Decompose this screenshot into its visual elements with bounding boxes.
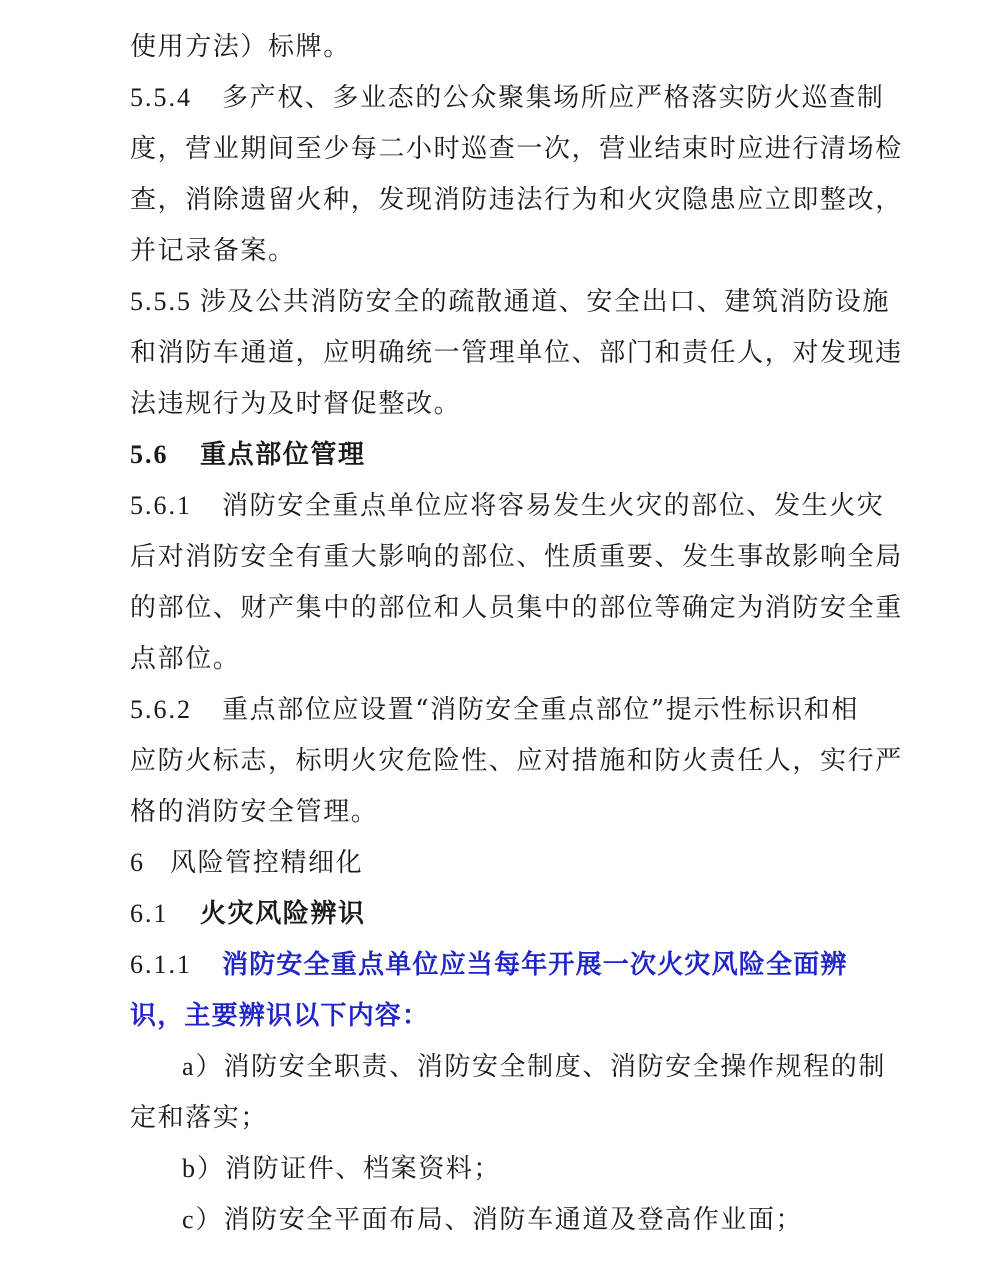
clause-number: 5.6.1: [130, 489, 222, 523]
highlighted-text: 识，主要辨识以下内容：: [130, 1001, 429, 1031]
line-text: 定和落实；: [130, 1103, 268, 1133]
list-text: 消防安全职责、消防安全制度、消防安全操作规程的制: [224, 1052, 886, 1082]
paragraph-line: 点部位。: [130, 642, 875, 676]
line-text: 重点部位应设置“消防安全重点部位”提示性标识和相: [222, 695, 859, 725]
clause-number: 5.5.4: [130, 81, 222, 115]
section-number: 6.1: [130, 897, 200, 931]
section-number: 5.6: [130, 438, 200, 472]
line-text: 点部位。: [130, 644, 240, 674]
section-heading-6-1: 6.1火灾风险辨识: [130, 897, 875, 931]
line-text: 多产权、多业态的公众聚集场所应严格落实防火巡查制: [222, 83, 884, 113]
clause-5-6-2: 5.6.2重点部位应设置“消防安全重点部位”提示性标识和相: [130, 693, 875, 727]
clause-5-6-1: 5.6.1消防安全重点单位应将容易发生火灾的部位、发生火灾: [130, 489, 875, 523]
line-text: 消防安全重点单位应将容易发生火灾的部位、发生火灾: [222, 491, 884, 521]
paragraph-line: 和消防车通道，应明确统一管理单位、部门和责任人，对发现违: [130, 336, 875, 370]
line-text: 并记录备案。: [130, 236, 296, 266]
list-marker: b）: [182, 1152, 225, 1186]
highlighted-text: 消防安全重点单位应当每年开展一次火灾风险全面辨: [222, 950, 848, 980]
paragraph-line: 使用方法）标牌。: [130, 30, 875, 64]
paragraph-line: 度，营业期间至少每二小时巡查一次，营业结束时应进行清场检: [130, 132, 875, 166]
clause-5-5-5: 5.5.5涉及公共消防安全的疏散通道、安全出口、建筑消防设施: [130, 285, 875, 319]
paragraph-line: 应防火标志，标明火灾危险性、应对措施和防火责任人，实行严: [130, 744, 875, 778]
line-text: 法违规行为及时督促整改。: [130, 389, 461, 419]
line-text: 和消防车通道，应明确统一管理单位、部门和责任人，对发现违: [130, 338, 903, 368]
document-page: 使用方法）标牌。 5.5.4多产权、多业态的公众聚集场所应严格落实防火巡查制 度…: [0, 0, 1000, 1272]
section-heading-5-6: 5.6重点部位管理: [130, 438, 875, 472]
paragraph-line: 格的消防安全管理。: [130, 795, 875, 829]
line-text: 的部位、财产集中的部位和人员集中的部位等确定为消防安全重: [130, 593, 903, 623]
clause-6-1-1: 6.1.1消防安全重点单位应当每年开展一次火灾风险全面辨: [130, 948, 875, 982]
list-text: 消防安全平面布局、消防车通道及登高作业面；: [224, 1205, 804, 1235]
paragraph-line: 法违规行为及时督促整改。: [130, 387, 875, 421]
list-marker: a）: [182, 1050, 224, 1084]
section-title: 重点部位管理: [200, 440, 366, 470]
paragraph-line: 识，主要辨识以下内容：: [130, 999, 875, 1033]
line-text: 涉及公共消防安全的疏散通道、安全出口、建筑消防设施: [200, 287, 890, 317]
list-item-b: b）消防证件、档案资料；: [182, 1152, 927, 1186]
line-text: 查，消除遗留火种，发现消防违法行为和火灾隐患应立即整改，: [130, 185, 903, 215]
section-title: 火灾风险辨识: [200, 899, 366, 929]
clause-5-5-4: 5.5.4多产权、多业态的公众聚集场所应严格落实防火巡查制: [130, 81, 875, 115]
clause-number: 5.5.5: [130, 285, 200, 319]
paragraph-line: 并记录备案。: [130, 234, 875, 268]
paragraph-line: 查，消除遗留火种，发现消防违法行为和火灾隐患应立即整改，: [130, 183, 875, 217]
line-text: 格的消防安全管理。: [130, 797, 378, 827]
clause-number: 6.1.1: [130, 948, 222, 982]
line-text: 度，营业期间至少每二小时巡查一次，营业结束时应进行清场检: [130, 134, 903, 164]
list-item-c: c）消防安全平面布局、消防车通道及登高作业面；: [182, 1203, 927, 1237]
chapter-title: 风险管控精细化: [170, 848, 363, 878]
chapter-heading-6: 6风险管控精细化: [130, 846, 875, 880]
line-text: 使用方法）标牌。: [130, 32, 351, 62]
paragraph-line: 后对消防安全有重大影响的部位、性质重要、发生事故影响全局: [130, 540, 875, 574]
paragraph-line: 的部位、财产集中的部位和人员集中的部位等确定为消防安全重: [130, 591, 875, 625]
list-text: 消防证件、档案资料；: [225, 1154, 501, 1184]
clause-number: 5.6.2: [130, 693, 222, 727]
line-text: 后对消防安全有重大影响的部位、性质重要、发生事故影响全局: [130, 542, 903, 572]
line-text: 应防火标志，标明火灾危险性、应对措施和防火责任人，实行严: [130, 746, 903, 776]
paragraph-line: 定和落实；: [130, 1101, 875, 1135]
list-item-a: a）消防安全职责、消防安全制度、消防安全操作规程的制: [182, 1050, 927, 1084]
chapter-number: 6: [130, 846, 170, 880]
list-marker: c）: [182, 1203, 224, 1237]
